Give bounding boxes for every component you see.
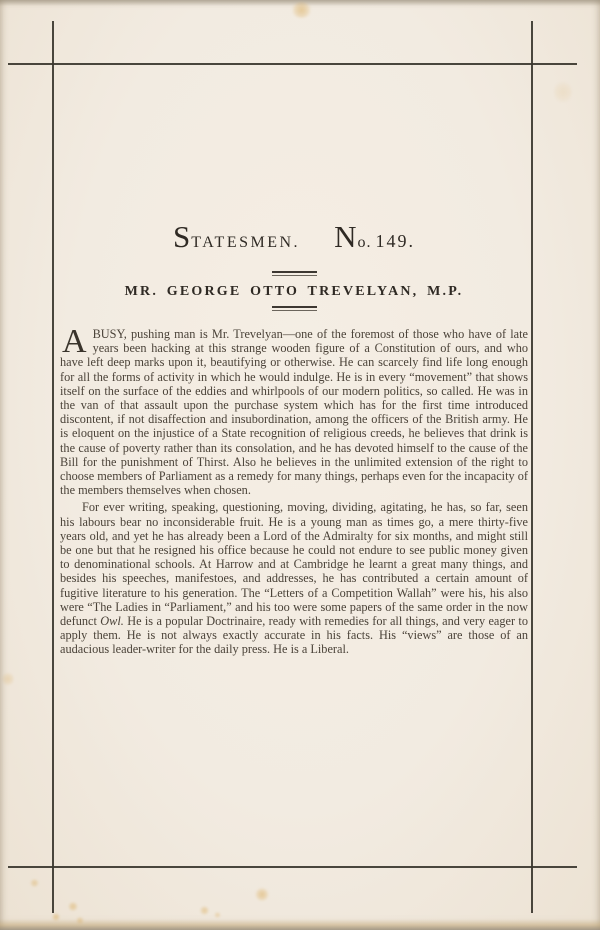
rule-thick-line (272, 271, 317, 273)
ornamental-double-rule-lower (272, 306, 317, 311)
paper-bottom-edge-shading (0, 919, 600, 930)
article-title: MR. GEORGE OTTO TREVELYAN, M.P. (60, 284, 528, 300)
series-title: STATESMEN. (173, 234, 300, 251)
series-title-caps: TATESMEN. (191, 234, 300, 251)
paragraph-2-text-continued: He is a popular Doctrinaire, ready with … (60, 614, 528, 656)
scanned-document-page: STATESMEN.No. 149. MR. GEORGE OTTO TREVE… (0, 0, 600, 930)
foxing-stain (255, 888, 269, 901)
text-column: STATESMEN.No. 149. MR. GEORGE OTTO TREVE… (60, 220, 528, 657)
rule-thick-line (272, 306, 317, 308)
number-abbreviation: o. (357, 234, 371, 251)
foxing-stain (214, 912, 221, 918)
rule-thin-line (272, 310, 317, 311)
foxing-stain (68, 902, 78, 911)
series-heading: STATESMEN.No. 149. (60, 220, 528, 260)
article-body: ABUSY, pushing man is Mr. Trevelyan—one … (60, 327, 528, 657)
frame-rule-top (8, 63, 577, 65)
rule-thin-line (272, 275, 317, 276)
frame-rule-bottom (8, 866, 577, 868)
foxing-stain (52, 913, 60, 921)
paragraph-1: ABUSY, pushing man is Mr. Trevelyan—one … (60, 327, 528, 497)
foxing-stain (554, 80, 572, 104)
number-initial-letter: N (334, 219, 357, 254)
ornamental-double-rule-upper (272, 271, 317, 276)
foxing-stain (76, 917, 84, 924)
paragraph-2-text: For ever writing, speaking, questioning,… (60, 500, 528, 628)
frame-rule-right (531, 21, 533, 913)
foxing-stain (200, 906, 209, 915)
drop-cap: A (60, 327, 93, 354)
paragraph-1-text: BUSY, pushing man is Mr. Trevelyan—one o… (60, 327, 528, 497)
italic-book-title: Owl. (100, 614, 124, 628)
foxing-stain (291, 2, 312, 18)
frame-rule-left (52, 21, 54, 913)
series-initial-letter: S (173, 219, 191, 254)
issue-number-digits: 149. (375, 231, 415, 251)
issue-number: No. 149. (334, 234, 415, 251)
foxing-stain (30, 879, 39, 887)
paragraph-2: For ever writing, speaking, questioning,… (60, 500, 528, 656)
foxing-stain (2, 672, 14, 686)
